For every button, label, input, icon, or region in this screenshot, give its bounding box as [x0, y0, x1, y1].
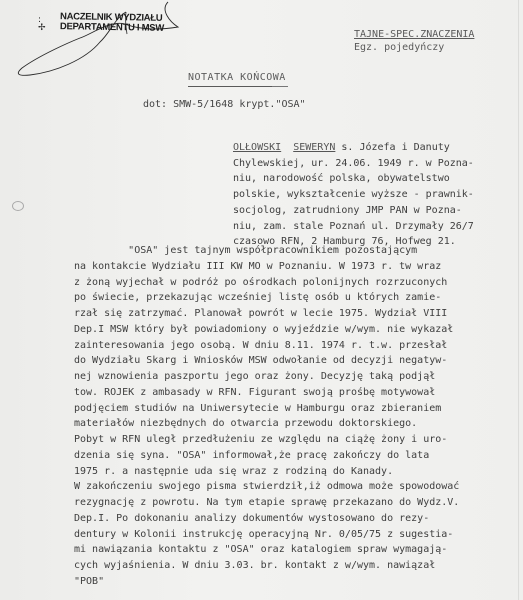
document-title: NOTATKA KOŃCOWA — [188, 72, 286, 83]
page-edge — [518, 0, 519, 600]
body-line: zainteresowania jego osobą. W dniu 8.11.… — [74, 338, 459, 354]
subject-line: niu, narodowość polska, obywatelstwo — [233, 173, 450, 184]
punch-hole — [12, 201, 24, 211]
body-line: "POB" — [74, 574, 459, 590]
document-page: :✢ NACZELNIK WYDZIAŁU DEPARTAMENTU I MSW… — [0, 0, 523, 600]
body-line: materiałów niezbędnych do otwarcia przew… — [74, 416, 459, 432]
body-line: Dep.I. Po dokonaniu analizy dokumentów w… — [74, 511, 459, 527]
subject-line: socjolog, zatrudniony JMP PAN w Pozna- — [233, 205, 462, 216]
title-underline-dash — [272, 86, 288, 87]
secrecy-label: TAJNE-SPEC.ZNACZENIA — [354, 28, 474, 41]
classification-block: TAJNE-SPEC.ZNACZENIA Egz. pojedyńczy — [354, 28, 474, 54]
body-text: "OSA" jest tajnym współpracownikiem pozo… — [74, 243, 459, 590]
body-line: na kontakcie Wydziału III KW MO w Poznan… — [74, 259, 459, 275]
body-line: mi nawiązania kontaktu z "OSA" oraz kata… — [74, 542, 459, 558]
body-line: Pobyt w RFN uległ przedłużeniu ze względ… — [74, 432, 459, 448]
subject-line: s. Józefa i Danuty — [335, 142, 449, 153]
stamp-line-2: DEPARTAMENTU I MSW — [60, 22, 164, 34]
stamp-asterisk-icon: :✢ — [38, 16, 46, 32]
body-line: po świecie, przekazując wcześniej listę … — [74, 290, 459, 306]
body-line: rezygnację z powrotu. Na tym etapie spra… — [74, 495, 459, 511]
body-line: "OSA" jest tajnym współpracownikiem pozo… — [74, 243, 459, 259]
body-line: do Wydziału Skarg i Wniosków MSW odwołan… — [74, 353, 459, 369]
body-line: dentury w Kolonii instrukcję operacyjną … — [74, 527, 459, 543]
subject-first-name: SEWERYN — [293, 142, 335, 153]
subject-surname: OLŁOWSKI — [233, 142, 281, 153]
body-line: cych wyjaśnienia. W dniu 3.03. br. konta… — [74, 558, 459, 574]
copy-label: Egz. pojedyńczy — [354, 41, 474, 54]
body-line: podjęciem studiów na Uniwersytecie w Ham… — [74, 401, 459, 417]
body-line: Dep.I MSW który był powiadomiony o wyjeź… — [74, 322, 459, 338]
body-line: nej wznowienia paszportu jego oraz żony.… — [74, 369, 459, 385]
subject-details: OLŁOWSKI SEWERYN s. Józefa i Danuty Chyl… — [233, 140, 474, 250]
body-line: W zakończeniu swojego pisma stwierdził,i… — [74, 479, 459, 495]
case-reference: dot: SMW-5/1648 krypt."OSA" — [143, 99, 306, 110]
department-stamp: NACZELNIK WYDZIAŁU DEPARTAMENTU I MSW — [60, 12, 164, 34]
subject-line: polskie, wykształcenie wyższe - prawnik- — [233, 189, 474, 200]
body-line: z żoną wyjechał w podróż po ośrodkach po… — [74, 275, 459, 291]
body-line: 1975 r. a następnie uda się wraz z rodzi… — [74, 464, 459, 480]
subject-line: niu, zam. stale Poznań ul. Drzymały 26/7 — [233, 221, 474, 232]
body-line: dzenia się syna. "OSA" informował,że pra… — [74, 448, 459, 464]
body-line: rzał się zatrzymać. Planował powrót w le… — [74, 306, 459, 322]
subject-line: Chylewskiej, ur. 24.06. 1949 r. w Pozna- — [233, 158, 474, 169]
body-line: tow. ROJEK z ambasady w RFN. Figurant sw… — [74, 385, 459, 401]
